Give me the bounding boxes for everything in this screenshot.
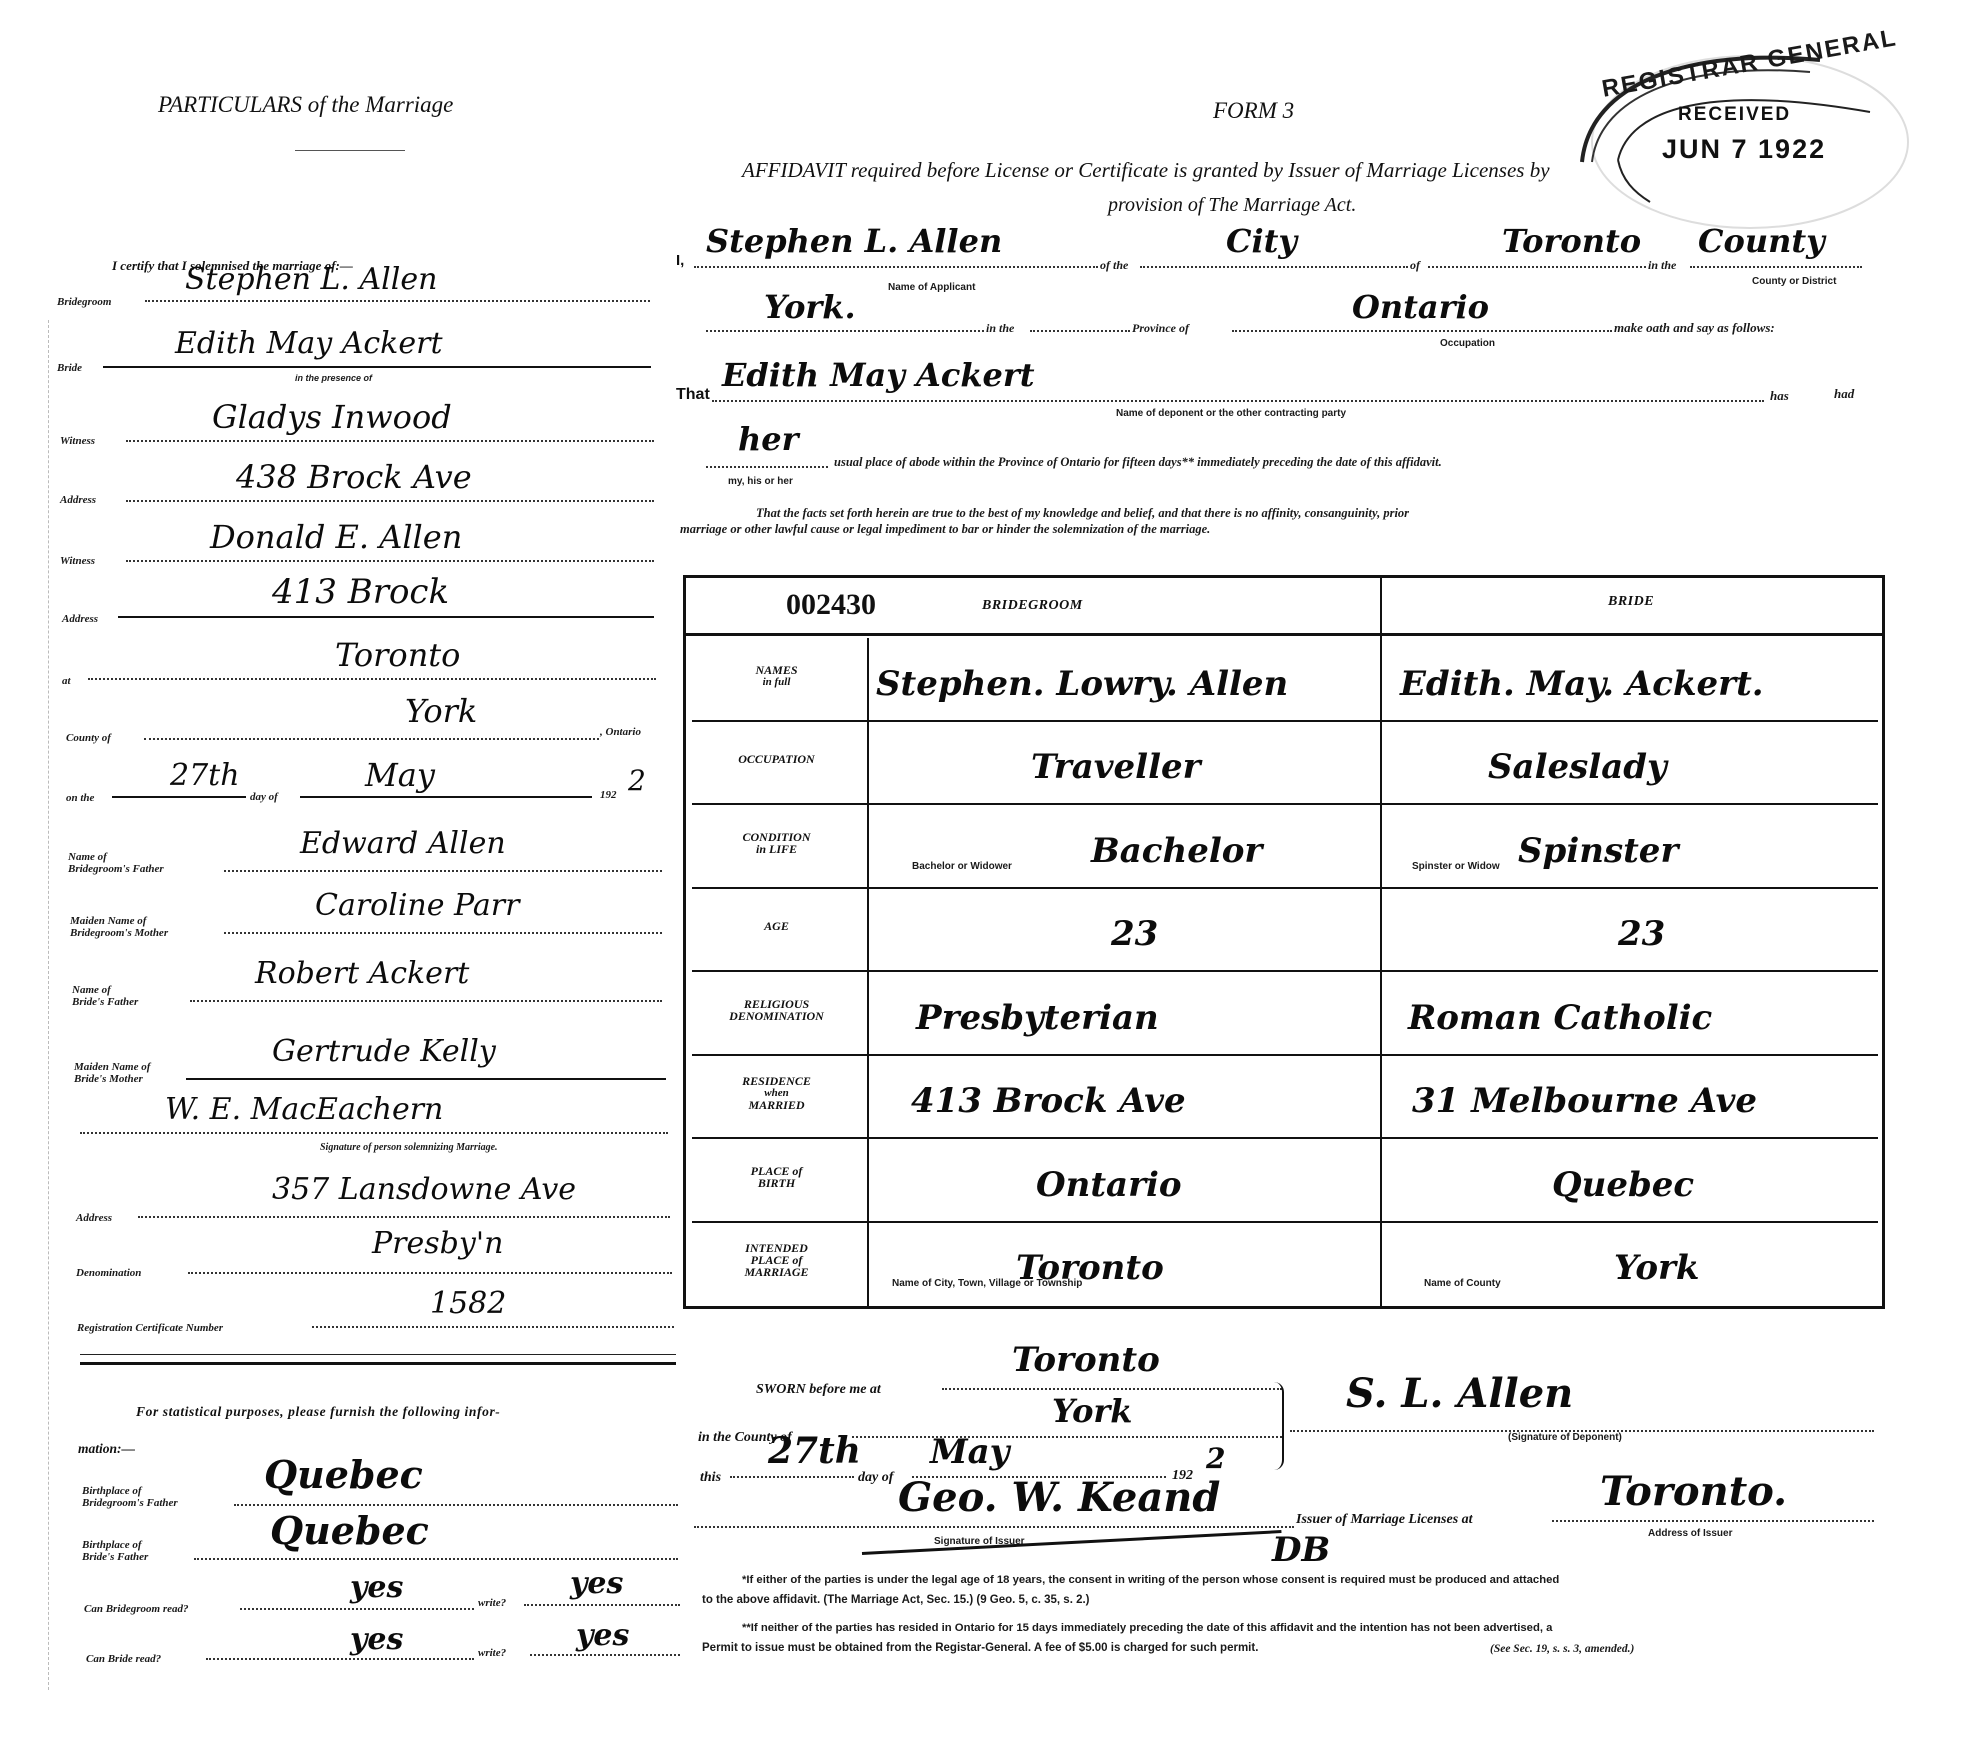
- deponent-signature-line: [1290, 1420, 1874, 1432]
- col-bridegroom: BRIDEGROOM: [982, 598, 1083, 614]
- occupation-value[interactable]: Ontario: [1352, 288, 1489, 326]
- form-title: FORM 3: [1213, 98, 1294, 124]
- officiant-signature[interactable]: W. E. MacEachern: [165, 1092, 443, 1127]
- serial-number: 002430: [786, 588, 876, 622]
- place-type-value[interactable]: City: [1226, 222, 1297, 260]
- bride-father-birthplace-label2: Bride's Father: [82, 1552, 148, 1563]
- footnote-2-ref: (See Sec. 19, s. s. 3, amended.): [1490, 1644, 1634, 1655]
- at-label: at: [62, 676, 71, 687]
- row-label: NAMESin full: [686, 664, 867, 688]
- city-value[interactable]: Toronto: [1502, 222, 1641, 260]
- table-row: PLACE ofBIRTHOntarioQuebec: [686, 1139, 1882, 1223]
- officiant-address-label: Address: [76, 1213, 112, 1224]
- footnote-2-line2: Permit to issue must be obtained from th…: [702, 1642, 1258, 1654]
- groom-mother-value[interactable]: Caroline Parr: [315, 888, 519, 923]
- bride-value[interactable]: 23: [1618, 914, 1665, 954]
- footnote-1-line1: *If either of the parties is under the l…: [742, 1574, 1559, 1586]
- sworn-label: SWORN before me at: [756, 1382, 881, 1398]
- bride-value[interactable]: Spinster: [1518, 831, 1678, 871]
- ontario-suffix: , Ontario: [600, 727, 641, 738]
- table-header: 002430 BRIDEGROOM BRIDE: [686, 578, 1882, 636]
- groom-value[interactable]: Ontario: [1036, 1165, 1182, 1205]
- row-label-line: MARRIAGE: [686, 1266, 867, 1278]
- affidavit-heading-2: provision of The Marriage Act.: [1108, 194, 1356, 217]
- day-of-label: day of: [250, 792, 278, 803]
- officiant-address-value[interactable]: 357 Lansdowne Ave: [272, 1172, 576, 1207]
- registration-label: Registration Certificate Number: [77, 1323, 223, 1334]
- table-row: INTENDEDPLACE ofMARRIAGEName of City, To…: [686, 1223, 1882, 1307]
- table-row: CONDITIONin LIFEBachelor or WidowerSpins…: [686, 805, 1882, 889]
- issuer-initials[interactable]: DB: [1272, 1530, 1330, 1570]
- groom-father-value[interactable]: Edward Allen: [300, 826, 506, 861]
- row-label-line: BIRTH: [686, 1177, 867, 1189]
- year-prefix: 192: [600, 790, 617, 801]
- statistical-note-line2: mation:—: [78, 1441, 135, 1457]
- statistical-note-line1: For statistical purposes, please furnish…: [136, 1404, 500, 1420]
- sworn-this-label: this: [700, 1470, 721, 1486]
- denomination-line: [188, 1262, 672, 1274]
- row-label-line: OCCUPATION: [686, 753, 867, 765]
- particulars-table: 002430 BRIDEGROOM BRIDE NAMESin fullStep…: [683, 575, 1885, 1309]
- issuer-text: Issuer of Marriage Licenses at: [1296, 1512, 1473, 1528]
- bride-mother-label2: Bride's Mother: [74, 1074, 143, 1085]
- row-label: PLACE ofBIRTH: [686, 1165, 867, 1189]
- groom-father-birthplace-label2: Bridegroom's Father: [82, 1498, 178, 1509]
- county-caption: County or District: [1752, 276, 1836, 287]
- oath-text: make oath and say as follows:: [1614, 322, 1775, 333]
- registration-value[interactable]: 1582: [430, 1286, 506, 1321]
- bride-write-value[interactable]: yes: [576, 1618, 629, 1653]
- groom-read-value[interactable]: yes: [350, 1570, 403, 1605]
- bride-father-value[interactable]: Robert Ackert: [255, 956, 469, 991]
- issuer-city-value[interactable]: Toronto.: [1600, 1468, 1787, 1515]
- bride-value[interactable]: 31 Melbourne Ave: [1412, 1081, 1757, 1121]
- address1-value[interactable]: 438 Brock Ave: [236, 458, 472, 496]
- witness1-value[interactable]: Gladys Inwood: [212, 398, 452, 436]
- address1-label: Address: [60, 495, 96, 506]
- footnote-1-line2: to the above affidavit. (The Marriage Ac…: [702, 1594, 1090, 1606]
- bride-father-label1: Name of: [72, 985, 111, 996]
- row-label: RELIGIOUSDENOMINATION: [686, 998, 867, 1022]
- deponent-signature-caption: (Signature of Deponent): [1508, 1432, 1622, 1443]
- groom-value[interactable]: Presbyterian: [916, 998, 1159, 1038]
- witness2-value[interactable]: Donald E. Allen: [210, 518, 462, 556]
- divider-thick: [80, 1362, 676, 1365]
- issuer-underline: [862, 1530, 1282, 1555]
- row-label-line: in full: [686, 676, 867, 688]
- bride-read-line: [206, 1648, 474, 1660]
- row-label-line: PLACE of: [686, 1165, 867, 1177]
- row-label-line: NAMES: [686, 664, 867, 676]
- abode-text: usual place of abode within the Province…: [834, 457, 1442, 468]
- at-value[interactable]: Toronto: [335, 636, 460, 674]
- officiant-caption: Signature of person solemnizing Marriage…: [320, 1142, 498, 1153]
- year-suffix[interactable]: 2: [628, 764, 646, 797]
- particulars-title: PARTICULARS of the Marriage: [158, 92, 453, 118]
- table-row: AGE2323: [686, 889, 1882, 973]
- groom-father-birthplace-label1: Birthplace of: [82, 1486, 142, 1497]
- bride-father-birthplace-label1: Birthplace of: [82, 1540, 142, 1551]
- row-label-line: DENOMINATION: [686, 1010, 867, 1022]
- bride-value[interactable]: York: [1614, 1248, 1699, 1288]
- presence-caption: in the presence of: [295, 373, 372, 383]
- groom-value[interactable]: Stephen. Lowry. Allen: [876, 664, 1288, 704]
- row-label: INTENDEDPLACE ofMARRIAGE: [686, 1242, 867, 1278]
- month-value[interactable]: May: [365, 756, 435, 794]
- pronoun-value[interactable]: her: [738, 420, 798, 458]
- witness2-label: Witness: [60, 556, 95, 567]
- bride-write-label: write?: [478, 1648, 506, 1659]
- on-the-label: on the: [66, 793, 94, 804]
- county-label: County of: [66, 733, 111, 744]
- deponent-signature[interactable]: S. L. Allen: [1346, 1370, 1573, 1417]
- facts-line2: marriage or other lawful cause or legal …: [680, 524, 1210, 535]
- stamp-date: JUN 7 1922: [1662, 134, 1826, 165]
- divider-thin: [80, 1354, 676, 1355]
- in-the-label: in the: [1648, 260, 1676, 271]
- bride-father-birthplace-value[interactable]: Quebec: [270, 1508, 429, 1553]
- sworn-day-of-label: day of: [858, 1470, 893, 1486]
- groom-father-birthplace-value[interactable]: Quebec: [264, 1452, 423, 1497]
- row-label-line: RELIGIOUS: [686, 998, 867, 1010]
- title-rule: [295, 150, 405, 151]
- col-bride: BRIDE: [1608, 594, 1654, 610]
- had-label: had: [1834, 388, 1854, 399]
- bridegroom-value[interactable]: Stephen L. Allen: [185, 262, 437, 297]
- groom-mother-label1: Maiden Name of: [70, 916, 146, 927]
- bride-read-value[interactable]: yes: [350, 1622, 403, 1657]
- issuer-signature[interactable]: Geo. W. Keand: [898, 1474, 1220, 1521]
- groom-value[interactable]: Bachelor: [1091, 831, 1262, 871]
- in-the-line-2: [1030, 320, 1130, 332]
- applicant-caption: Name of Applicant: [888, 282, 975, 293]
- groom-father-label2: Bridegroom's Father: [68, 864, 164, 875]
- bride-read-label: Can Bride read?: [86, 1654, 161, 1665]
- denomination-value[interactable]: Presby'n: [372, 1226, 503, 1261]
- of-the-label: of the: [1100, 260, 1128, 271]
- sworn-year-suffix[interactable]: 2: [1206, 1442, 1225, 1475]
- of-label: of: [1410, 260, 1420, 271]
- that-prefix: That: [676, 386, 710, 404]
- groom-read-label: Can Bridegroom read?: [84, 1604, 189, 1615]
- has-label: has: [1770, 390, 1789, 401]
- groom-mother-line: [224, 922, 662, 934]
- groom-write-label: write?: [478, 1598, 506, 1609]
- groom-value[interactable]: 413 Brock Ave: [911, 1081, 1186, 1121]
- witness1-label: Witness: [60, 436, 95, 447]
- bride-caption: Name of County: [1424, 1278, 1501, 1289]
- bride-mother-value[interactable]: Gertrude Kelly: [272, 1034, 496, 1069]
- applicant-value[interactable]: Stephen L. Allen: [706, 222, 1002, 260]
- row-label-line: MARRIED: [686, 1099, 867, 1111]
- brace-mark: [1272, 1382, 1284, 1470]
- bride-mother-label1: Maiden Name of: [74, 1062, 150, 1073]
- county-word-value[interactable]: County: [1698, 222, 1825, 260]
- bridegroom-label: Bridegroom: [57, 297, 111, 308]
- bride-value[interactable]: Edith May Ackert: [175, 326, 443, 361]
- day-value[interactable]: 27th: [170, 758, 240, 793]
- table-row: NAMESin fullStephen. Lowry. AllenEdith. …: [686, 638, 1882, 722]
- received-stamp: REGISTRAR GENERAL RECEIVED JUN 7 1922: [1570, 42, 1910, 232]
- table-row: OCCUPATIONTravellerSaleslady: [686, 722, 1882, 806]
- groom-father-label1: Name of: [68, 852, 107, 863]
- officiant-address-line: [138, 1206, 670, 1218]
- sworn-at-value[interactable]: Toronto: [1012, 1340, 1160, 1380]
- sworn-month-value[interactable]: May: [930, 1432, 1009, 1472]
- table-row: RESIDENCEwhenMARRIED413 Brock Ave31 Melb…: [686, 1056, 1882, 1140]
- county-line: [144, 728, 599, 740]
- table-row: RELIGIOUSDENOMINATIONPresbyterianRoman C…: [686, 972, 1882, 1056]
- groom-value[interactable]: 23: [1111, 914, 1158, 954]
- groom-caption: Bachelor or Widower: [912, 861, 1012, 872]
- row-label-line: RESIDENCE: [686, 1075, 867, 1087]
- affidavit-heading-1: AFFIDAVIT required before License or Cer…: [742, 158, 1550, 183]
- bride-father-birthplace-line: [194, 1548, 678, 1560]
- groom-father-line: [224, 860, 662, 872]
- row-label-line: CONDITION: [686, 831, 867, 843]
- left-margin-rule: [48, 320, 49, 1690]
- deponent-value[interactable]: Edith May Ackert: [722, 356, 1034, 394]
- row-label-line: AGE: [686, 920, 867, 932]
- row-label: OCCUPATION: [686, 753, 867, 765]
- groom-value[interactable]: Traveller: [1031, 747, 1201, 787]
- bride-value[interactable]: Roman Catholic: [1408, 998, 1712, 1038]
- sworn-county-value[interactable]: York: [1052, 1392, 1132, 1430]
- sworn-day-value[interactable]: 27th: [768, 1430, 861, 1472]
- york-value[interactable]: York.: [764, 288, 856, 326]
- address2-label: Address: [62, 614, 98, 625]
- facts-line1: That the facts set forth herein are true…: [756, 508, 1409, 519]
- groom-value[interactable]: Toronto: [1016, 1248, 1164, 1288]
- row-label: RESIDENCEwhenMARRIED: [686, 1075, 867, 1111]
- row-label: AGE: [686, 920, 867, 932]
- stamp-received: RECEIVED: [1678, 104, 1791, 126]
- deponent-caption: Name of deponent or the other contractin…: [1116, 408, 1346, 419]
- i-prefix: I,: [676, 252, 684, 269]
- row-label-line: in LIFE: [686, 843, 867, 855]
- address2-value[interactable]: 413 Brock: [272, 572, 449, 612]
- issuer-address-caption: Address of Issuer: [1648, 1528, 1732, 1539]
- bride-father-line: [190, 990, 662, 1002]
- county-value[interactable]: York: [405, 692, 477, 730]
- province-of-label: Province of: [1132, 323, 1189, 334]
- footnote-2-line1: **If neither of the parties has resided …: [742, 1622, 1552, 1634]
- in-the-label-2: in the: [986, 323, 1014, 334]
- pronoun-caption: my, his or her: [728, 476, 793, 487]
- groom-mother-label2: Bridegroom's Mother: [70, 928, 168, 939]
- month-line: [300, 788, 592, 798]
- denomination-label: Denomination: [76, 1268, 141, 1279]
- bride-caption: Spinster or Widow: [1412, 861, 1500, 872]
- bride-value[interactable]: Edith. May. Ackert.: [1400, 664, 1764, 704]
- row-label: CONDITIONin LIFE: [686, 831, 867, 855]
- bride-label: Bride: [57, 363, 82, 374]
- occupation-caption: Occupation: [1440, 338, 1495, 349]
- groom-write-value[interactable]: yes: [570, 1566, 623, 1601]
- bride-mother-line: [186, 1068, 666, 1080]
- bride-value[interactable]: Saleslady: [1488, 747, 1667, 787]
- bride-value[interactable]: Quebec: [1552, 1165, 1694, 1205]
- bride-father-label2: Bride's Father: [72, 997, 138, 1008]
